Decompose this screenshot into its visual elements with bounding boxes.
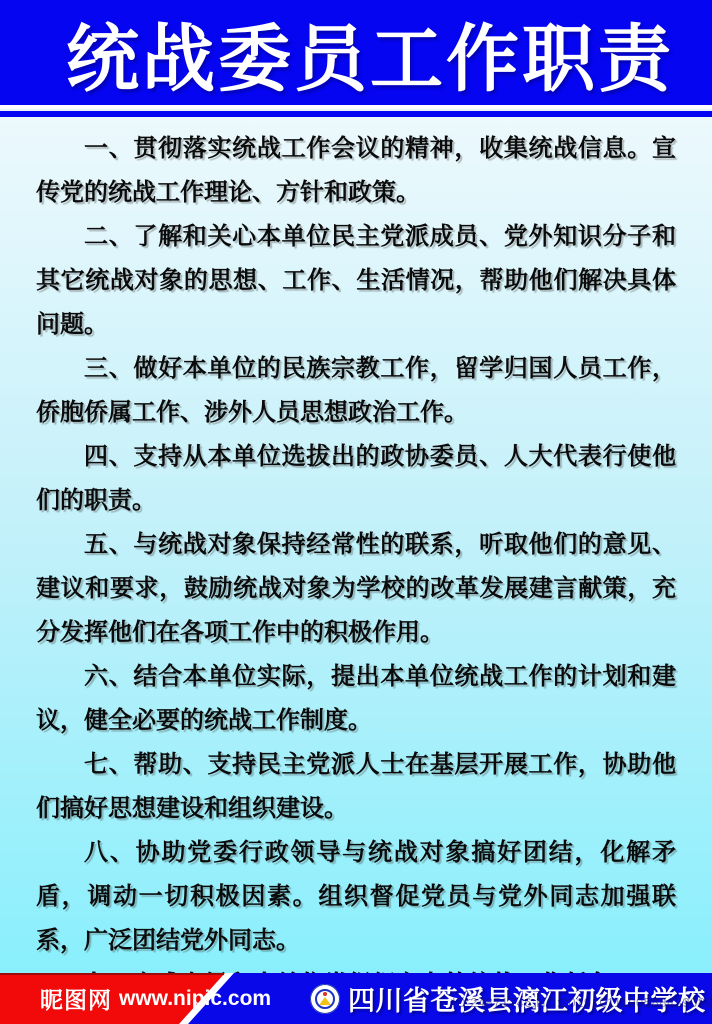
- nipic-url-text: www.nipic.com: [119, 987, 271, 1011]
- header-banner: 统战委员工作职责: [0, 0, 712, 105]
- nipic-brand: 昵图网 www.nipic.com: [40, 973, 271, 1024]
- duty-item: 五、与统战对象保持经常性的联系，听取他们的意见、建议和要求，鼓励统战对象为学校的…: [36, 523, 676, 655]
- duty-item: 四、支持从本单位选拔出的政协委员、人大代表行使他们的职责。: [36, 435, 676, 523]
- duty-item: 九、完成上级和本单位党组织交办的统战工作任务。: [36, 963, 676, 973]
- duty-item: 三、做好本单位的民族宗教工作，留学归国人员工作，侨胞侨属工作、涉外人员思想政治工…: [36, 347, 676, 435]
- duty-list: 一、贯彻落实统战工作会议的精神，收集统战信息。宣传党的统战工作理论、方针和政策。…: [0, 117, 712, 973]
- watermark-id-text: ID:24871746;NO:20191011190588439082: [452, 995, 712, 1010]
- duty-item: 八、协助党委行政领导与统战对象搞好团结，化解矛盾，调动一切积极因素。组织督促党员…: [36, 831, 676, 963]
- nipic-logo-text: 昵图网: [40, 982, 112, 1015]
- duty-item: 七、帮助、支持民主党派人士在基层开展工作，协助他们搞好思想建设和组织建设。: [36, 743, 676, 831]
- page-title: 统战委员工作职责: [66, 0, 674, 105]
- poster-page: 统战委员工作职责 一、贯彻落实统战工作会议的精神，收集统战信息。宣传党的统战工作…: [0, 0, 712, 1024]
- duty-item: 二、了解和关心本单位民主党派成员、党外知识分子和其它统战对象的思想、工作、生活情…: [36, 215, 676, 347]
- school-badge-icon: [310, 984, 340, 1014]
- duty-item: 一、贯彻落实统战工作会议的精神，收集统战信息。宣传党的统战工作理论、方针和政策。: [36, 127, 676, 215]
- footer-bar: 昵图网 www.nipic.com 四川省苍溪县漓江初级中学校 ID:24871…: [0, 973, 712, 1024]
- duty-item: 六、结合本单位实际，提出本单位统战工作的计划和建议，健全必要的统战工作制度。: [36, 655, 676, 743]
